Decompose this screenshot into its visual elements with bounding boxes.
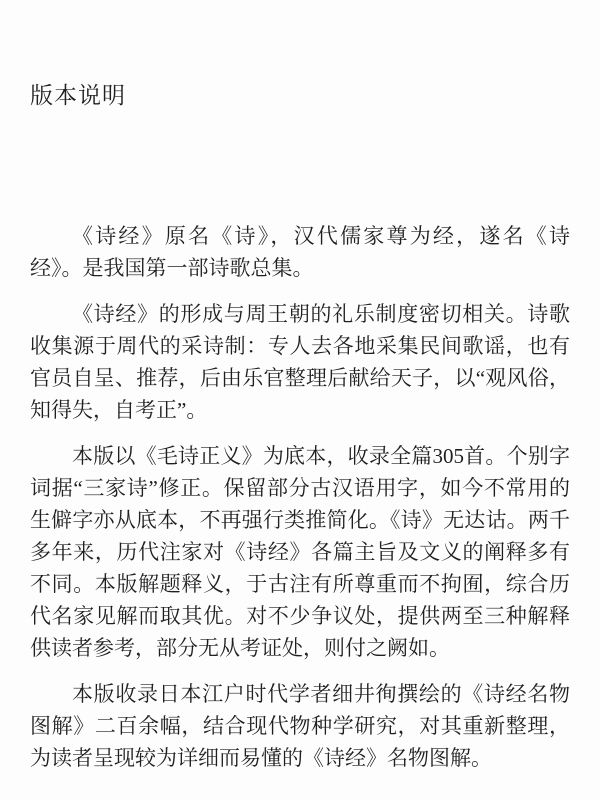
paragraph: 本版收录日本江户时代学者细井徇撰绘的《诗经名物图解》二百余幅，结合现代物种学研究…	[30, 678, 570, 774]
chapter-title: 版本说明	[30, 82, 570, 110]
ebook-page: 版本说明 《诗经》原名《诗》，汉代儒家尊为经，遂名《诗经》。是我国第一部诗歌总集…	[0, 0, 600, 800]
paragraph: 本版以《毛诗正义》为底本，收录全篇305首。个别字词据“三家诗”修正。保留部分古…	[30, 440, 570, 664]
page-body: 《诗经》原名《诗》，汉代儒家尊为经，遂名《诗经》。是我国第一部诗歌总集。 《诗经…	[30, 220, 570, 774]
paragraph: 《诗经》的形成与周王朝的礼乐制度密切相关。诗歌收集源于周代的采诗制：专人去各地采…	[30, 298, 570, 426]
paragraph: 《诗经》原名《诗》，汉代儒家尊为经，遂名《诗经》。是我国第一部诗歌总集。	[30, 220, 570, 284]
